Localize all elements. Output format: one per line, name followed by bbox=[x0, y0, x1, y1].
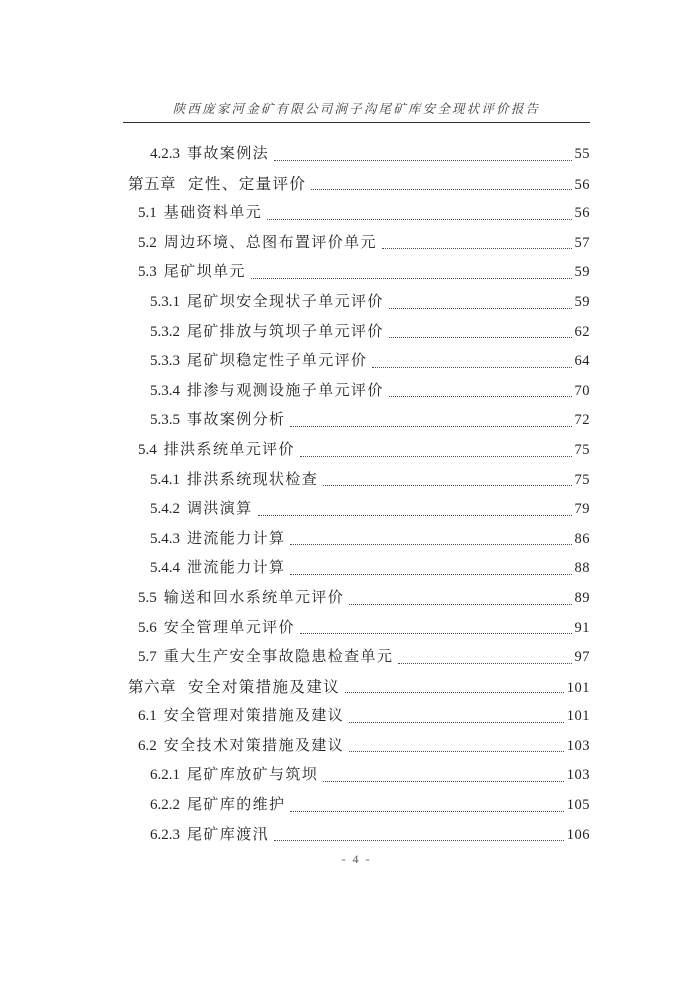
toc-entry-title: 尾矿坝稳定性子单元评价 bbox=[187, 347, 367, 377]
toc-dot-leader bbox=[300, 436, 572, 457]
toc-entry-title: 泄流能力计算 bbox=[187, 554, 285, 584]
toc-entry: 第五章定性、定量评价56 bbox=[128, 170, 590, 200]
toc-dot-leader bbox=[274, 140, 571, 161]
toc-entry-title: 事故案例法 bbox=[187, 140, 269, 170]
toc-entry-number: 5.3.2 bbox=[150, 318, 180, 348]
toc-entry-title: 事故案例分析 bbox=[187, 406, 285, 436]
toc-entry-number: 5.1 bbox=[138, 199, 157, 229]
toc-entry-page: 101 bbox=[567, 702, 590, 732]
toc-entry-page: 64 bbox=[575, 347, 591, 377]
toc-dot-leader bbox=[258, 495, 572, 516]
toc-entry-title: 重大生产安全事故隐患检查单元 bbox=[164, 643, 394, 673]
toc-dot-leader bbox=[382, 229, 572, 250]
toc-dot-leader bbox=[251, 258, 572, 279]
toc-entry: 6.2.3尾矿库渡汛106 bbox=[128, 821, 590, 851]
toc-entry-page: 86 bbox=[575, 525, 591, 555]
page-number-footer: - 4 - bbox=[123, 852, 590, 867]
toc-entry: 第六章安全对策措施及建议101 bbox=[128, 673, 590, 703]
toc-entry-page: 70 bbox=[575, 377, 591, 407]
toc-entry: 5.4.2调洪演算79 bbox=[128, 495, 590, 525]
toc-entry-number: 6.2.1 bbox=[150, 761, 180, 791]
toc-entry-page: 59 bbox=[575, 288, 591, 318]
toc-entry-title: 安全管理对策措施及建议 bbox=[164, 702, 344, 732]
toc-entry-page: 75 bbox=[575, 466, 591, 496]
toc-dot-leader bbox=[345, 673, 564, 694]
toc-entry-number: 5.7 bbox=[138, 643, 157, 673]
toc-dot-leader bbox=[389, 318, 572, 339]
toc-entry-page: 56 bbox=[575, 171, 591, 201]
toc-entry-number: 5.5 bbox=[138, 584, 157, 614]
toc-entry: 5.4.1排洪系统现状检查75 bbox=[128, 466, 590, 496]
toc-entry-number: 5.4.3 bbox=[150, 525, 180, 555]
toc-entry: 5.3.3尾矿坝稳定性子单元评价64 bbox=[128, 347, 590, 377]
toc-entry: 5.1基础资料单元56 bbox=[128, 199, 590, 229]
toc-entry-title: 输送和回水系统单元评价 bbox=[164, 584, 344, 614]
toc-entry-title: 尾矿库的维护 bbox=[187, 791, 285, 821]
toc-dot-leader bbox=[290, 406, 571, 427]
toc-entry-page: 89 bbox=[575, 584, 591, 614]
toc-entry-page: 56 bbox=[575, 199, 591, 229]
toc-entry: 5.3尾矿坝单元59 bbox=[128, 258, 590, 288]
toc-entry: 4.2.3事故案例法55 bbox=[128, 140, 590, 170]
toc-entry-title: 尾矿坝安全现状子单元评价 bbox=[187, 288, 384, 318]
toc-entry-number: 5.2 bbox=[138, 229, 157, 259]
toc-dot-leader bbox=[267, 199, 571, 220]
toc-dot-leader bbox=[290, 554, 571, 575]
toc-entry-title: 尾矿坝单元 bbox=[164, 258, 246, 288]
toc-entry: 6.2安全技术对策措施及建议103 bbox=[128, 732, 590, 762]
toc-entry-title: 排洪系统单元评价 bbox=[164, 436, 295, 466]
toc-entry: 5.4.3进流能力计算86 bbox=[128, 525, 590, 555]
toc-entry-number: 6.2.2 bbox=[150, 791, 180, 821]
toc-entry-number: 5.3.3 bbox=[150, 347, 180, 377]
toc-entry-title: 尾矿库渡汛 bbox=[187, 821, 269, 851]
header-rule bbox=[123, 122, 590, 123]
toc-entry-number: 4.2.3 bbox=[150, 140, 180, 170]
toc-entry-title: 尾矿库放矿与筑坝 bbox=[187, 761, 318, 791]
toc-entry-number: 第五章 bbox=[128, 170, 176, 200]
toc-entry: 5.4.4泄流能力计算88 bbox=[128, 554, 590, 584]
toc-entry-number: 5.3 bbox=[138, 258, 157, 288]
running-header-title: 陕西庞家河金矿有限公司涧子沟尾矿库安全现状评价报告 bbox=[123, 99, 590, 117]
toc-entry-number: 6.2.3 bbox=[150, 821, 180, 851]
toc-entry: 6.2.2尾矿库的维护105 bbox=[128, 791, 590, 821]
toc-entry: 5.2周边环境、总图布置评价单元57 bbox=[128, 229, 590, 259]
toc-entry-title: 排洪系统现状检查 bbox=[187, 466, 318, 496]
toc-entry: 5.5输送和回水系统单元评价89 bbox=[128, 584, 590, 614]
toc-entry-number: 6.2 bbox=[138, 732, 157, 762]
toc-dot-leader bbox=[290, 791, 563, 812]
toc-entry-number: 5.4.2 bbox=[150, 495, 180, 525]
toc-entry-title: 安全管理单元评价 bbox=[164, 614, 295, 644]
toc-dot-leader bbox=[323, 761, 564, 782]
toc-entry: 6.1安全管理对策措施及建议101 bbox=[128, 702, 590, 732]
toc-entry-title: 定性、定量评价 bbox=[188, 170, 306, 200]
toc-dot-leader bbox=[274, 821, 564, 842]
toc-dot-leader bbox=[290, 525, 571, 546]
toc-dot-leader bbox=[349, 702, 564, 723]
toc-entry-page: 59 bbox=[575, 258, 591, 288]
toc-entry-number: 5.4.1 bbox=[150, 466, 180, 496]
toc-entry-page: 97 bbox=[575, 643, 591, 673]
toc-dot-leader bbox=[389, 288, 572, 309]
toc-entry-page: 79 bbox=[575, 495, 591, 525]
toc-entry-number: 5.3.1 bbox=[150, 288, 180, 318]
toc-entry: 5.7重大生产安全事故隐患检查单元97 bbox=[128, 643, 590, 673]
toc-dot-leader bbox=[311, 170, 571, 191]
toc-entry-page: 103 bbox=[567, 732, 590, 762]
toc-entry-page: 55 bbox=[575, 140, 591, 170]
document-page: 陕西庞家河金矿有限公司涧子沟尾矿库安全现状评价报告 4.2.3事故案例法55第五… bbox=[0, 0, 700, 989]
toc-entry: 5.3.2尾矿排放与筑坝子单元评价62 bbox=[128, 318, 590, 348]
toc-entry-page: 101 bbox=[567, 674, 590, 704]
toc-entry: 5.3.1尾矿坝安全现状子单元评价59 bbox=[128, 288, 590, 318]
toc-entry-title: 尾矿排放与筑坝子单元评价 bbox=[187, 318, 384, 348]
toc-entry: 5.3.5事故案例分析72 bbox=[128, 406, 590, 436]
toc-entry-title: 基础资料单元 bbox=[164, 199, 262, 229]
toc-entry-page: 106 bbox=[567, 821, 590, 851]
toc-entry-page: 72 bbox=[575, 406, 591, 436]
toc-dot-leader bbox=[323, 466, 571, 487]
toc-entry-number: 6.1 bbox=[138, 702, 157, 732]
toc-entry-number: 5.3.4 bbox=[150, 377, 180, 407]
toc-entry: 5.6安全管理单元评价91 bbox=[128, 614, 590, 644]
toc-entry-title: 安全对策措施及建议 bbox=[188, 673, 340, 703]
toc-entry-title: 周边环境、总图布置评价单元 bbox=[164, 229, 377, 259]
toc-entry-page: 105 bbox=[567, 791, 590, 821]
toc-entry-page: 75 bbox=[575, 436, 591, 466]
toc-entry-page: 103 bbox=[567, 761, 590, 791]
table-of-contents: 4.2.3事故案例法55第五章定性、定量评价565.1基础资料单元565.2周边… bbox=[128, 140, 590, 850]
toc-dot-leader bbox=[349, 732, 564, 753]
toc-entry: 5.3.4排渗与观测设施子单元评价70 bbox=[128, 377, 590, 407]
toc-entry: 6.2.1尾矿库放矿与筑坝103 bbox=[128, 761, 590, 791]
toc-entry-page: 57 bbox=[575, 229, 591, 259]
toc-entry-page: 88 bbox=[575, 554, 591, 584]
toc-entry-title: 进流能力计算 bbox=[187, 525, 285, 555]
toc-entry-title: 排渗与观测设施子单元评价 bbox=[187, 377, 384, 407]
toc-entry-page: 91 bbox=[575, 614, 591, 644]
toc-dot-leader bbox=[300, 614, 572, 635]
toc-dot-leader bbox=[372, 347, 571, 368]
toc-dot-leader bbox=[389, 377, 572, 398]
toc-dot-leader bbox=[398, 643, 571, 664]
toc-entry-title: 安全技术对策措施及建议 bbox=[164, 732, 344, 762]
toc-entry-number: 5.4.4 bbox=[150, 554, 180, 584]
toc-dot-leader bbox=[349, 584, 571, 605]
toc-entry-page: 62 bbox=[575, 318, 591, 348]
toc-entry-number: 5.6 bbox=[138, 614, 157, 644]
toc-entry-number: 5.3.5 bbox=[150, 406, 180, 436]
toc-entry-number: 第六章 bbox=[128, 673, 176, 703]
toc-entry-number: 5.4 bbox=[138, 436, 157, 466]
toc-entry: 5.4排洪系统单元评价75 bbox=[128, 436, 590, 466]
toc-entry-title: 调洪演算 bbox=[187, 495, 253, 525]
